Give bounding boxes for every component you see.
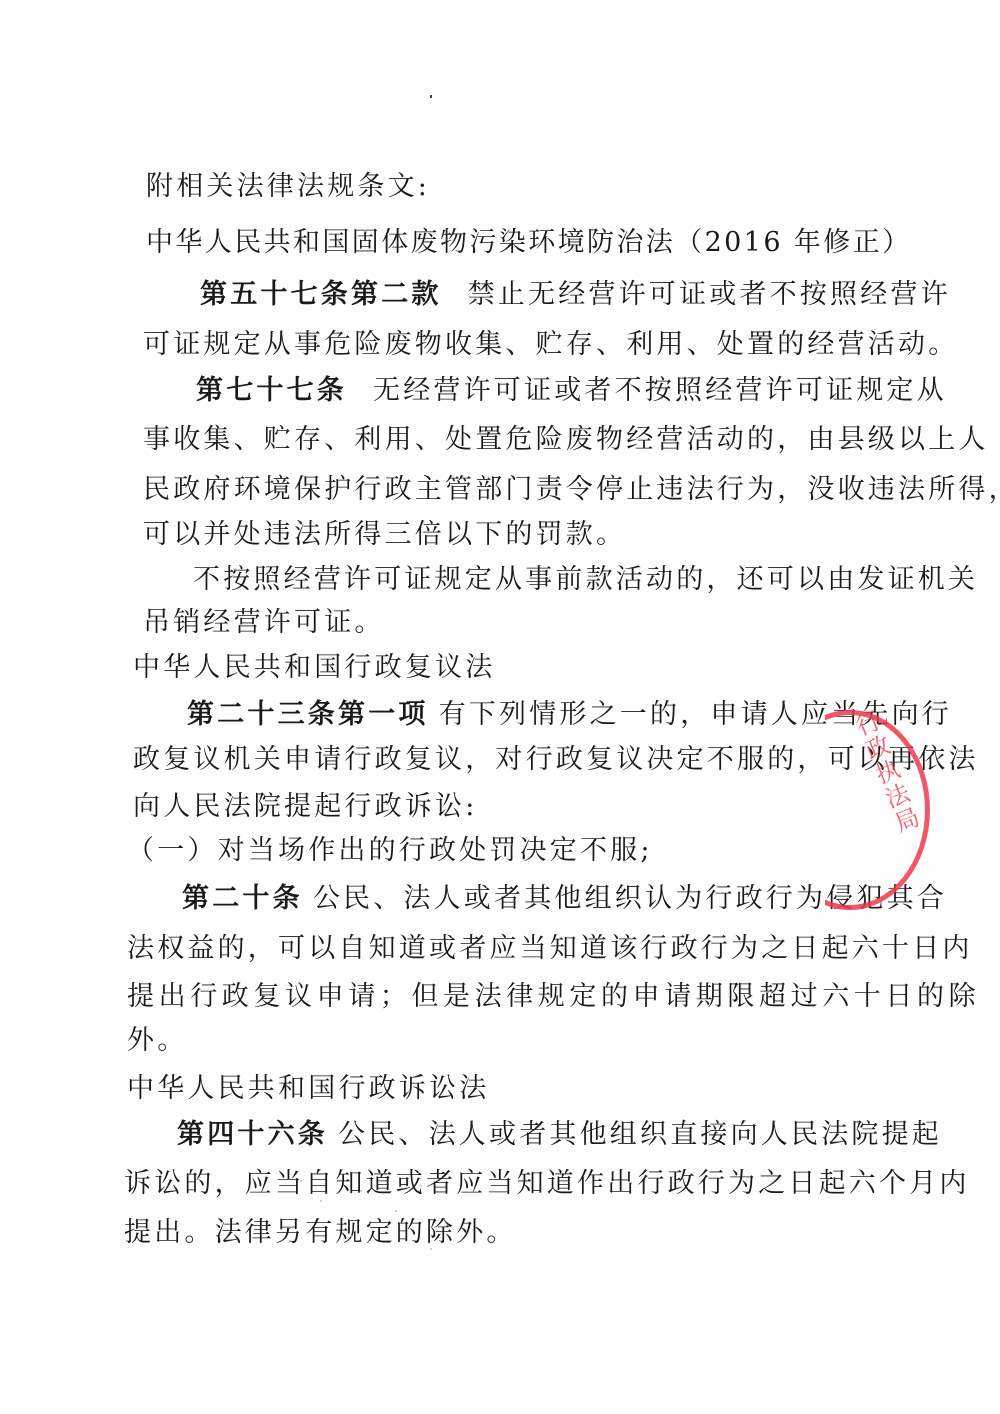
document-heading: 附相关法律法规条文: <box>146 170 430 204</box>
article-line: 诉讼的，应当自知道或者应当知道作出行政行为之日起六个月内 <box>124 1167 970 1201</box>
law-title: 中华人民共和国行政复议法 <box>133 651 495 685</box>
article-line: 可证规定从事危险废物收集、贮存、利用、处置的经营活动。 <box>143 328 958 362</box>
law-title: 中华人民共和国固体废物污染环境防治法（2016 年修正） <box>146 226 912 260</box>
article-line: 外。 <box>127 1024 187 1058</box>
scan-artifact <box>430 95 432 98</box>
article-text: 公民、法人或者其他组织直接向人民法院提起 <box>338 1119 942 1150</box>
article-line: （一）对当场作出的行政处罚决定不服; <box>127 834 653 868</box>
article-number: 第七十七条 <box>196 375 347 406</box>
article-line: 第七十七条无经营许可证或者不按照经营许可证规定从 <box>196 374 947 408</box>
law-title: 中华人民共和国行政诉讼法 <box>127 1072 489 1106</box>
article-line: 吊销经营许可证。 <box>143 606 385 640</box>
seal-speckle <box>300 1180 302 1182</box>
article-line: 第五十七条第二款禁止无经营许可证或者不按照经营许 <box>200 278 951 312</box>
article-text: 无经营许可证或者不按照经营许可证规定从 <box>373 375 947 406</box>
article-line: 不按照经营许可证规定从事前款活动的，还可以由发证机关 <box>193 563 978 597</box>
article-line: 提出行政复议申请；但是法律规定的申请期限超过六十日的除 <box>127 980 980 1014</box>
seal-speckle <box>395 1210 397 1212</box>
seal-speckle <box>430 1248 432 1250</box>
article-number: 第四十六条 <box>177 1119 328 1150</box>
article-line: 向人民法院提起行政诉讼: <box>133 790 478 824</box>
article-line: 民政府环境保护行政主管部门责令停止违法行为，没收违法所得， <box>143 473 1000 507</box>
article-number: 第二十条 <box>182 883 303 914</box>
seal-speckle <box>350 1235 352 1237</box>
article-number: 第五十七条第二款 <box>200 279 442 310</box>
article-line: 第四十六条公民、法人或者其他组织直接向人民法院提起 <box>177 1118 942 1152</box>
article-line: 法权益的，可以自知道或者应当知道该行政行为之日起六十日内 <box>127 932 973 966</box>
article-line: 提出。法律另有规定的除外。 <box>124 1216 517 1250</box>
seal-speckle <box>320 1200 322 1202</box>
seal-speckle <box>420 1185 422 1187</box>
article-line: 事收集、贮存、利用、处置危险废物经营活动的，由县级以上人 <box>143 423 989 457</box>
article-line: 可以并处违法所得三倍以下的罚款。 <box>143 518 626 552</box>
document-page: 附相关法律法规条文: 中华人民共和国固体废物污染环境防治法（2016 年修正） … <box>0 0 1000 1414</box>
article-text: 禁止无经营许可证或者不按照经营许 <box>468 279 951 310</box>
seal-speckle <box>360 1190 362 1192</box>
article-number: 第二十三条第一项 <box>187 699 429 730</box>
